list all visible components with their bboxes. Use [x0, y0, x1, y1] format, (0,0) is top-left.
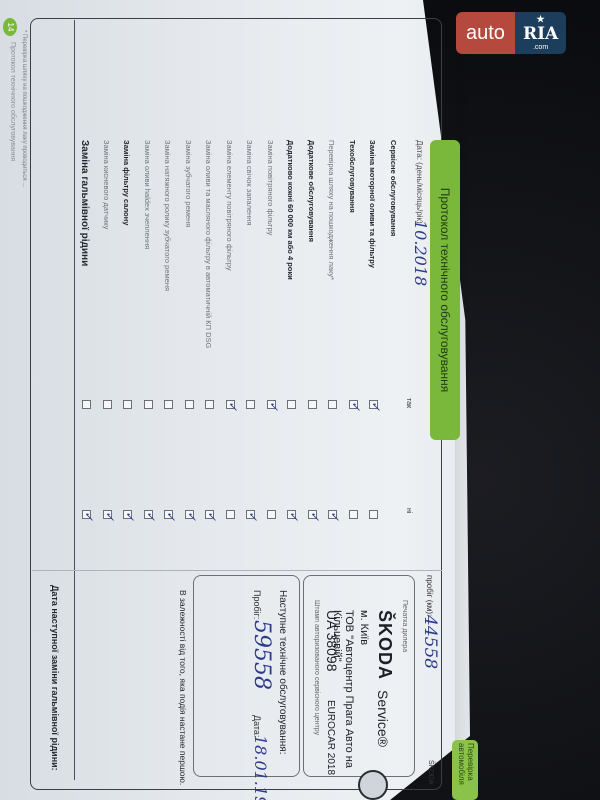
watermark-domain: .com	[533, 44, 548, 51]
watermark-auto: auto	[456, 12, 515, 54]
skoda-emblem-icon	[358, 770, 388, 800]
checkbox-yes[interactable]	[329, 400, 338, 409]
stamp-footer: Штамп авторизованого сервісного центру	[313, 600, 320, 735]
checklist-item-label: Заміна оливи та масляного фільтру в авто…	[205, 140, 214, 348]
checkbox-yes[interactable]	[83, 400, 92, 409]
checklist-item-label: Додатково кожні 60 000 км або 4 роки	[287, 140, 296, 280]
checklist-item-label: Сервісне обслуговування	[389, 140, 398, 236]
brand-small: ŠKODA	[427, 760, 434, 785]
checklist-item-label: Заміна свічок запалення	[246, 140, 255, 226]
checkbox-no[interactable]	[329, 510, 338, 519]
checkbox-no[interactable]	[247, 510, 256, 519]
star-icon: ★	[537, 16, 545, 24]
checkbox-no[interactable]	[349, 510, 358, 519]
watermark-ria: ★ RIA .com	[515, 12, 566, 54]
next-service-title: Наступне технічне обслуговування:	[277, 590, 288, 754]
skoda-service-text: Service®	[375, 690, 391, 747]
page-number: 14	[3, 18, 17, 36]
checkbox-no[interactable]	[267, 510, 276, 519]
checklist-item-label: Перевірка шляху на пошкодження лаку*	[328, 140, 337, 280]
checklist-item-label: Заміна гальмівної рідини	[80, 140, 91, 266]
checkbox-yes[interactable]	[308, 400, 317, 409]
checkbox-yes[interactable]	[124, 400, 133, 409]
checkbox-yes[interactable]	[103, 400, 112, 409]
rotated-page-content: Перевірка автомобіля Протокол технічного…	[0, 0, 470, 800]
checklist-item-label: Заміна елементу повітряного фільтру	[225, 140, 234, 271]
checkbox-no[interactable]	[165, 510, 174, 519]
checkbox-yes[interactable]	[370, 400, 379, 409]
divider	[74, 20, 75, 780]
checkbox-yes[interactable]	[165, 400, 174, 409]
column-no: ні	[405, 508, 412, 513]
mileage-value: 44558	[420, 615, 440, 669]
next-service-note: В залежності від того, яка подія настане…	[178, 590, 188, 785]
checklist-item-label: Заміна кисневого датчику	[102, 140, 111, 229]
checkbox-no[interactable]	[206, 510, 215, 519]
checkbox-no[interactable]	[370, 510, 379, 519]
checklist-item-label: Техобслуговування	[348, 140, 357, 213]
checkbox-yes[interactable]	[206, 400, 215, 409]
checkbox-yes[interactable]	[288, 400, 297, 409]
checkbox-yes[interactable]	[349, 400, 358, 409]
stamp-code: UA 38098	[324, 610, 340, 672]
column-yes: так	[405, 398, 412, 408]
checkbox-no[interactable]	[124, 510, 133, 519]
stamp-label: Печатка дилера	[401, 600, 408, 652]
stamp-eurocar: EUROCAR 2018	[325, 700, 336, 775]
skoda-logo-text: ŠKODA	[374, 610, 395, 680]
protocol-title: Протокол технічного обслуговування	[430, 140, 460, 440]
checklist-item-label: Заміна фільтру салону	[123, 140, 132, 225]
brake-fluid-next-date: Дата наступної заміни гальмівної рідини:	[50, 585, 60, 771]
checklist-item-label: Заміна моторної оливи та фільтру	[369, 140, 378, 268]
checkbox-no[interactable]	[308, 510, 317, 519]
next-mileage-value: 59558	[249, 620, 274, 690]
date-label: Дата: (день/місяць/рік)	[415, 140, 424, 224]
side-tab: Перевірка автомобіля	[452, 740, 478, 800]
checklist-item-label: Заміна оливи haldex зчеплення	[143, 140, 152, 249]
checkbox-no[interactable]	[83, 510, 92, 519]
next-date-value: 18.01.19	[251, 735, 270, 800]
column-divider	[32, 570, 442, 571]
checkbox-yes[interactable]	[185, 400, 194, 409]
watermark-ria-text: RIA	[523, 24, 558, 44]
checkbox-yes[interactable]	[267, 400, 276, 409]
checklist-item-label: Заміна повітряного фільтру	[266, 140, 275, 235]
checkbox-no[interactable]	[144, 510, 153, 519]
footnote: * Перевірка шляху на пошкодження лаку пр…	[21, 30, 27, 187]
stamp-city: м. Київ	[358, 610, 370, 645]
checkbox-no[interactable]	[103, 510, 112, 519]
checkbox-no[interactable]	[226, 510, 235, 519]
checkbox-yes[interactable]	[247, 400, 256, 409]
autoria-watermark: auto ★ RIA .com	[456, 12, 566, 54]
checkbox-no[interactable]	[288, 510, 297, 519]
checkbox-no[interactable]	[185, 510, 194, 519]
checklist-item-label: Заміна натяжного ролику зубчатого ременя	[164, 140, 173, 291]
checklist-item-label: Додаткове обслуговування	[307, 140, 316, 242]
next-mileage-label: Пробіг:	[252, 590, 262, 619]
footer-text: Протокол технічного обслуговування	[9, 42, 16, 161]
checklist-item-label: Заміна зубчатого ременя	[184, 140, 193, 227]
checkbox-yes[interactable]	[226, 400, 235, 409]
mileage-label: пробіг (км):	[425, 575, 434, 616]
checkbox-yes[interactable]	[144, 400, 153, 409]
date-handwritten: 10.2018	[411, 220, 430, 286]
